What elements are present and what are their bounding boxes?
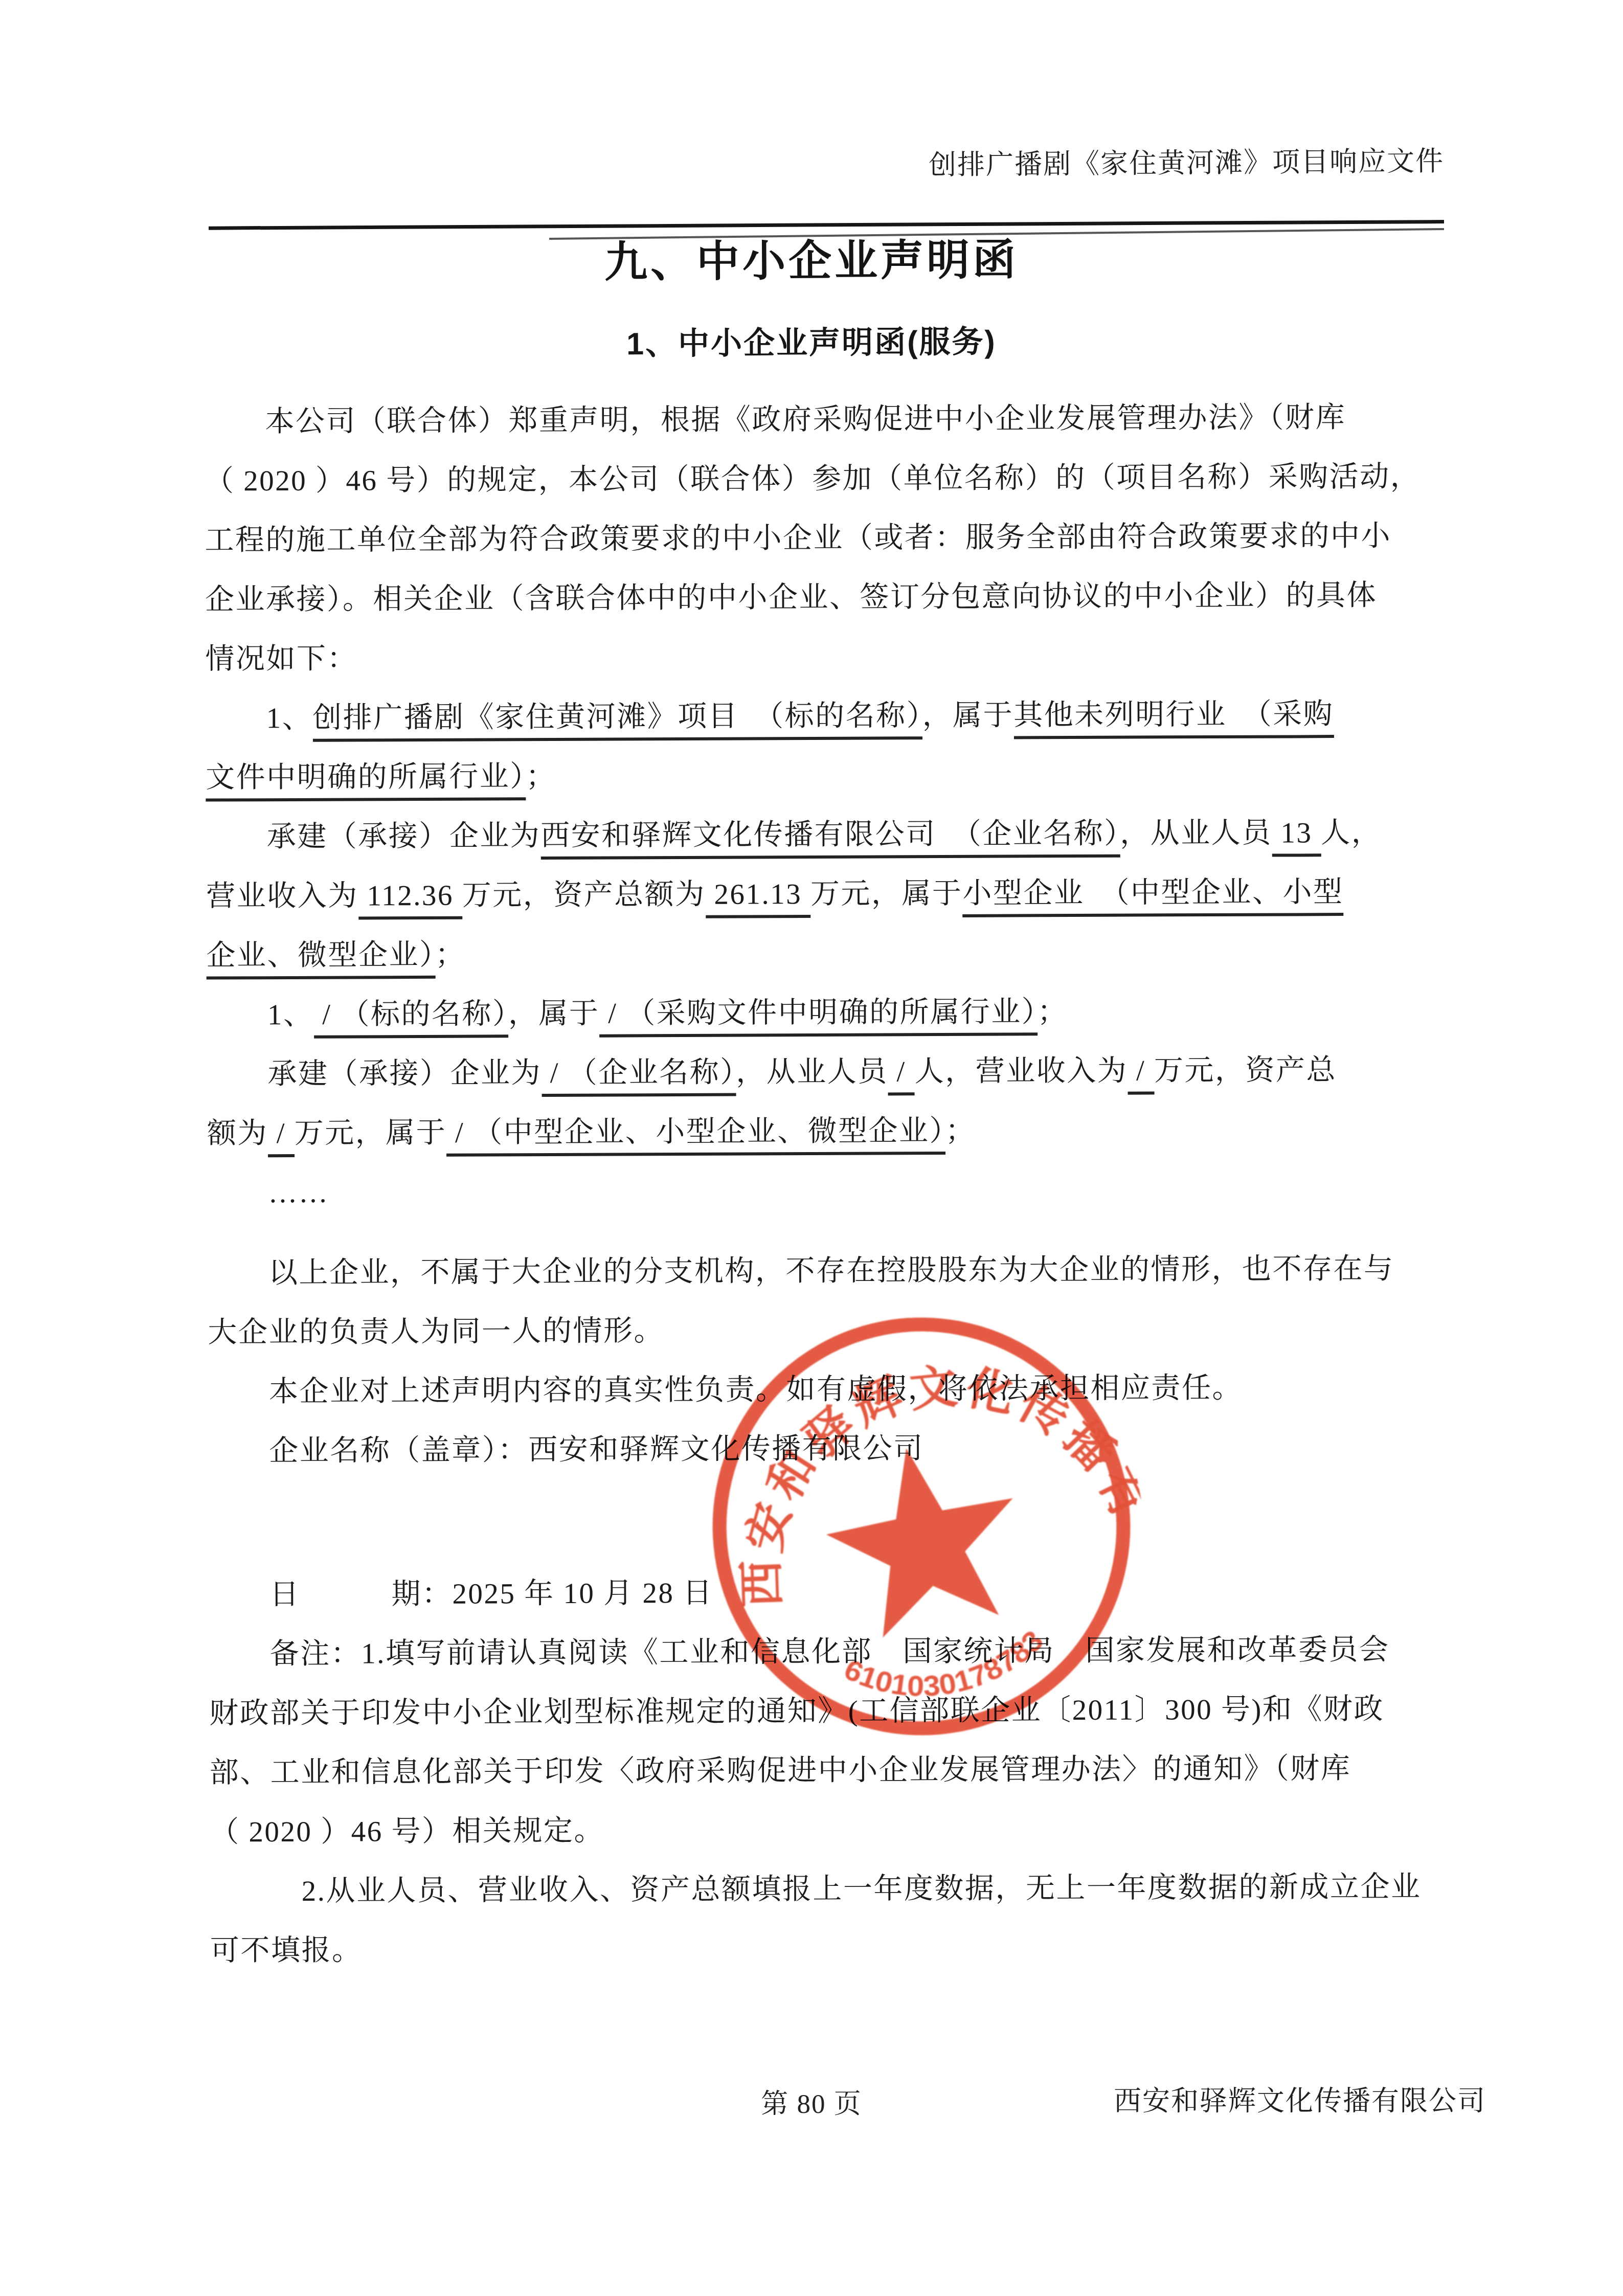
body-line: 企业、微型企业）； — [206, 921, 1428, 985]
body-line: …… — [207, 1159, 1429, 1223]
body-text: 万元，资产总额为 — [462, 879, 706, 912]
body-text: 以上企业，不属于大企业的分支机构，不存在控股股东为大企业的情形，也不存在与 — [268, 1253, 1394, 1289]
body-text: 1、 — [266, 702, 313, 734]
body-line: 以上企业，不属于大企业的分支机构，不存在控股股东为大企业的情形，也不存在与 — [208, 1239, 1429, 1303]
body-line: 日 期：2025 年 10 月 28 日 — [209, 1561, 1430, 1625]
body-text: 大企业的负责人为同一人的情形。 — [208, 1315, 664, 1348]
body-line: 大企业的负责人为同一人的情形。 — [208, 1298, 1429, 1362]
body-line: 可不填报。 — [210, 1917, 1432, 1980]
filled-blank-underlined: 文件中明确的所属行业） — [206, 760, 526, 801]
document-page: 创排广播剧《家住黄河滩》项目响应文件 九、中小企业声明函 1、中小企业声明函(服… — [0, 0, 1623, 2296]
body-line: 本公司（联合体）郑重声明，根据《政府采购促进中小企业发展管理办法》（财库 — [204, 388, 1426, 452]
body-text: 可不填报。 — [210, 1934, 363, 1967]
body-text: 备注：1.填写前请认真阅读《工业和信息化部 国家统计局 国家发展和改革委员会 — [270, 1634, 1390, 1670]
filled-blank-underlined: 261.13 — [706, 878, 811, 918]
filled-blank-underlined: 13 — [1272, 817, 1321, 857]
body-text: 1、 — [267, 999, 314, 1031]
body-text: 企业承接）。相关企业（含联合体中的中小企业、签订分包意向协议的中小企业）的具体 — [205, 579, 1377, 616]
body-text: 部、工业和信息化部关于印发〈政府采购促进中小企业发展管理办法〉的通知》（财库 — [210, 1752, 1351, 1789]
body-line: （ 2020 ）46 号）相关规定。 — [210, 1798, 1431, 1862]
body-line: 工程的施工单位全部为符合政策要求的中小企业（或者：服务全部由符合政策要求的中小 — [205, 506, 1426, 570]
body-line: 1、 / （标的名称），属于 / （采购文件中明确的所属行业）； — [207, 981, 1428, 1045]
body-text: ； — [526, 760, 556, 793]
body-text: 工程的施工单位全部为符合政策要求的中小企业（或者：服务全部由符合政策要求的中小 — [205, 520, 1391, 557]
body-text: 情况如下： — [205, 642, 357, 675]
filled-blank-underlined: 小型企业 （中型企业、小型 — [962, 876, 1343, 917]
body-text: 本公司（联合体）郑重声明，根据《政府采购促进中小企业发展管理办法》（财库 — [265, 401, 1346, 438]
body-text: 企业名称（盖章）：西安和驿辉文化传播有限公司 — [269, 1432, 924, 1467]
body-text: （ 2020 ）46 号）相关规定。 — [210, 1815, 604, 1849]
body-text: ； — [1038, 996, 1068, 1028]
body-line: 企业承接）。相关企业（含联合体中的中小企业、签订分包意向协议的中小企业）的具体 — [205, 566, 1427, 629]
body-line: （ 2020 ）46 号）的规定，本公司（联合体）参加（单位名称）的（项目名称）… — [205, 447, 1426, 511]
body-line: 承建（承接）企业为西安和驿辉文化传播有限公司 （企业名称），从业人员 13 人， — [206, 803, 1427, 867]
body-group: 日 期：2025 年 10 月 28 日备注：1.填写前请认真阅读《工业和信息化… — [209, 1561, 1432, 1980]
document-body: 本公司（联合体）郑重声明，根据《政府采购促进中小企业发展管理办法》（财库（ 20… — [202, 0, 1433, 2296]
filled-blank-underlined: 企业、微型企业） — [206, 939, 435, 980]
page-number: 第 80 页 — [761, 2082, 862, 2121]
body-line: 承建（承接）企业为 / （企业名称），从业人员 / 人，营业收入为 / 万元，资… — [207, 1040, 1428, 1104]
filled-blank-underlined: / （标的名称） — [313, 998, 508, 1038]
body-group: 本公司（联合体）郑重声明，根据《政府采购促进中小企业发展管理办法》（财库（ 20… — [204, 388, 1429, 1223]
body-text: 2.从业人员、营业收入、资产总额填报上一年度数据，无上一年度数据的新成立企业 — [301, 1871, 1421, 1907]
body-text: 人， — [1321, 817, 1382, 849]
body-line: 文件中明确的所属行业）； — [206, 744, 1427, 807]
body-text: ； — [435, 939, 466, 971]
body-line: 财政部关于印发中小企业划型标准规定的通知》(工信部联企业〔2011〕300 号)… — [209, 1679, 1431, 1743]
body-line: 企业名称（盖章）：西安和驿辉文化传播有限公司 — [208, 1417, 1430, 1481]
body-line: 1、创排广播剧《家住黄河滩》项目 （标的名称），属于其他未列明行业 （采购 — [206, 684, 1427, 748]
filled-blank-underlined: 西安和驿辉文化传播有限公司 （企业名称） — [540, 818, 1120, 860]
filled-blank-underlined: / （中型企业、小型企业、微型企业） — [446, 1115, 945, 1157]
filled-blank-underlined: 其他未列明行业 （采购 — [1013, 698, 1334, 739]
body-text: 万元，属于 — [295, 1117, 447, 1150]
body-text: 人，营业收入为 — [914, 1055, 1128, 1088]
body-text: ； — [945, 1115, 976, 1147]
body-text: （ 2020 ）46 号）的规定，本公司（联合体）参加（单位名称）的（项目名称）… — [205, 460, 1421, 497]
body-text: ，从业人员 — [1120, 817, 1272, 850]
body-text: …… — [268, 1177, 329, 1209]
filled-blank-underlined: / — [1128, 1054, 1154, 1094]
filled-blank-underlined: / — [888, 1055, 915, 1095]
body-line: 备注：1.填写前请认真阅读《工业和信息化部 国家统计局 国家发展和改革委员会 — [209, 1620, 1431, 1684]
body-text: ，属于 — [922, 700, 1014, 732]
body-text: 承建（承接）企业为 — [267, 1057, 542, 1090]
body-text: 万元，资产总 — [1154, 1054, 1337, 1087]
filled-blank-underlined: / （采购文件中明确的所属行业） — [599, 996, 1038, 1037]
filled-blank-underlined: / — [268, 1117, 295, 1157]
body-line: 2.从业人员、营业收入、资产总额填报上一年度数据，无上一年度数据的新成立企业 — [210, 1857, 1431, 1921]
body-text: 额为 — [207, 1117, 268, 1150]
body-line: 部、工业和信息化部关于印发〈政府采购促进中小企业发展管理办法〉的通知》（财库 — [209, 1739, 1431, 1803]
body-text: 本企业对上述声明内容的真实性负责。如有虚假，将依法承担相应责任。 — [269, 1372, 1243, 1408]
body-text: 日 期：2025 年 10 月 28 日 — [269, 1577, 713, 1611]
body-group: 以上企业，不属于大企业的分支机构，不存在控股股东为大企业的情形，也不存在与大企业… — [208, 1239, 1430, 1481]
body-line: 营业收入为 112.36 万元，资产总额为 261.13 万元，属于小型企业 （… — [206, 862, 1428, 926]
body-text: 营业收入为 — [206, 880, 358, 912]
body-line: 本企业对上述声明内容的真实性负责。如有虚假，将依法承担相应责任。 — [208, 1358, 1430, 1422]
body-line: 情况如下： — [205, 625, 1427, 689]
body-text: 财政部关于印发中小企业划型标准规定的通知》(工信部联企业〔2011〕300 号)… — [209, 1693, 1384, 1730]
footer-company: 西安和驿辉文化传播有限公司 — [1114, 2079, 1486, 2119]
body-text: 承建（承接）企业为 — [267, 820, 541, 853]
body-text: ，从业人员 — [736, 1055, 888, 1088]
body-text: ，属于 — [508, 998, 600, 1030]
filled-blank-underlined: 创排广播剧《家住黄河滩》项目 （标的名称） — [312, 700, 922, 742]
filled-blank-underlined: 112.36 — [358, 880, 462, 920]
body-text: 万元，属于 — [810, 877, 963, 910]
body-line: 额为 / 万元，属于 / （中型企业、小型企业、微型企业）； — [207, 1099, 1429, 1163]
filled-blank-underlined: / （企业名称） — [542, 1056, 736, 1097]
